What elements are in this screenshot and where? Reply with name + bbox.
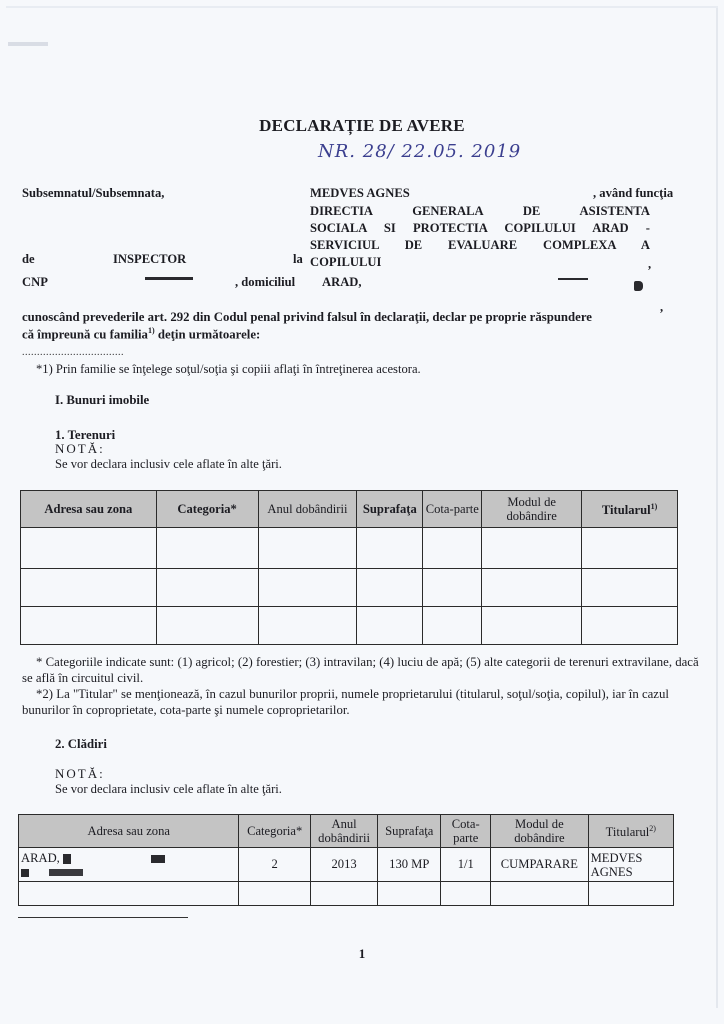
table-cell: CUMPARARE [491, 848, 588, 882]
page-number: 1 [0, 946, 724, 962]
table-cell [423, 528, 482, 569]
land-table: Adresa sau zona Categoria* Anul dobândir… [20, 490, 678, 645]
table-row [21, 569, 678, 607]
table-cell [582, 569, 678, 607]
table-cell [357, 607, 423, 645]
note-label: NOTĂ: [55, 766, 105, 782]
declarant-function: INSPECTOR [113, 252, 186, 267]
table-cell [482, 528, 582, 569]
redaction-mark [558, 278, 588, 280]
statement-line-2: că împreună cu familia1) deţin următoare… [22, 326, 260, 342]
scan-edge [6, 6, 718, 8]
table-cell [582, 528, 678, 569]
institution-line: DIRECTIA GENERALA DE ASISTENTA [310, 203, 650, 220]
column-header: Anul dobândirii [310, 815, 377, 848]
table-row [21, 607, 678, 645]
scan-artifact [8, 42, 48, 46]
column-header: Categoria* [239, 815, 310, 848]
address-text: ARAD, [21, 851, 63, 865]
table-cell [156, 528, 258, 569]
buildings-table: Adresa sau zona Categoria* Anul dobândir… [18, 814, 674, 906]
footnote-ref: 1) [651, 502, 658, 511]
subsection-heading-buildings: 2. Clădiri [55, 737, 107, 752]
table-cell [357, 528, 423, 569]
table-row [21, 528, 678, 569]
footnote-ref: 2) [649, 824, 656, 833]
table-cell: MEDVES AGNES [588, 848, 673, 882]
redaction-mark [21, 869, 29, 877]
column-header: Modul de dobândire [491, 815, 588, 848]
table-cell [239, 882, 310, 906]
institution-line: SOCIALA SI PROTECTIA COPILULUI ARAD - [310, 220, 650, 237]
footnote-separator: .................................. [22, 347, 124, 358]
table-cell [21, 528, 157, 569]
declarant-domicile: ARAD, [322, 275, 362, 290]
institution-line: COPILULUI [310, 254, 650, 271]
table-cell [378, 882, 441, 906]
label-cnp: CNP [22, 275, 48, 290]
column-header: Modul de dobândire [482, 491, 582, 528]
column-header: Anul dobândirii [258, 491, 357, 528]
label-avand-functia: , având funcţia [593, 186, 673, 201]
table-cell [21, 569, 157, 607]
column-header: Suprafaţa [378, 815, 441, 848]
declarant-name: MEDVES AGNES [310, 186, 410, 201]
redaction-mark [49, 869, 83, 876]
statement-line-2-suffix: deţin următoarele: [155, 327, 261, 341]
table-cell [588, 882, 673, 906]
column-header: Adresa sau zona [21, 491, 157, 528]
table-cell [21, 607, 157, 645]
comma: , [648, 257, 651, 272]
column-header: Cota-parte [441, 815, 491, 848]
column-header-label: Titularul [602, 504, 651, 518]
redaction-mark [145, 277, 193, 280]
column-header: Cota-parte [423, 491, 482, 528]
scan-edge [716, 8, 718, 1008]
footnote-titular: *2) La "Titular" se menţionează, în cazu… [22, 686, 704, 718]
document-title: DECLARAȚIE DE AVERE [0, 116, 724, 136]
label-de: de [22, 252, 35, 267]
note-label: NOTĂ: [55, 441, 105, 457]
note-text: Se vor declara inclusiv cele aflate în a… [55, 457, 282, 472]
statement-line-1: cunoscând prevederile art. 292 din Codul… [22, 310, 592, 325]
table-cell [258, 569, 357, 607]
note-text: Se vor declara inclusiv cele aflate în a… [55, 782, 282, 797]
column-header-label: Titularul [606, 826, 650, 840]
table-cell [482, 607, 582, 645]
column-header: Categoria* [156, 491, 258, 528]
registration-number-handwritten: NR. 28/ 22.05. 2019 [318, 141, 521, 162]
redaction-mark [151, 855, 165, 863]
table-cell [423, 569, 482, 607]
redaction-mark [634, 281, 643, 291]
document-page: DECLARAȚIE DE AVERE NR. 28/ 22.05. 2019 … [0, 0, 724, 1024]
table-cell: 2013 [310, 848, 377, 882]
table-row [19, 882, 674, 906]
footnote-ref: 1) [148, 326, 155, 335]
column-header: Adresa sau zona [19, 815, 239, 848]
table-cell [582, 607, 678, 645]
table-cell [482, 569, 582, 607]
institution-line: SERVICIUL DE EVALUARE COMPLEXA A [310, 237, 650, 254]
column-header-titular: Titularul2) [588, 815, 673, 848]
table-cell: 1/1 [441, 848, 491, 882]
footnote-family: *1) Prin familie se înţelege soţul/soţia… [36, 362, 421, 377]
institution: DIRECTIA GENERALA DE ASISTENTA SOCIALA S… [310, 203, 650, 271]
table-cell [258, 607, 357, 645]
table-cell [441, 882, 491, 906]
table-cell [156, 569, 258, 607]
table-cell [491, 882, 588, 906]
label-domiciliul: , domiciliul [235, 275, 295, 290]
footnote-titular-text: *2) La "Titular" se menţionează, în cazu… [22, 687, 669, 717]
label-subsemnatul: Subsemnatul/Subsemnata, [22, 186, 164, 201]
table-cell: 130 MP [378, 848, 441, 882]
table-cell [310, 882, 377, 906]
footnote-categories: * Categoriile indicate sunt: (1) agricol… [22, 654, 704, 686]
table-cell [156, 607, 258, 645]
table-cell: ARAD, [19, 848, 239, 882]
table-cell [357, 569, 423, 607]
table-cell [258, 528, 357, 569]
label-la: la [293, 252, 303, 267]
footnote-divider [18, 917, 188, 918]
table-cell [423, 607, 482, 645]
section-heading-immovable: I. Bunuri imobile [55, 393, 149, 408]
footnote-categories-text: * Categoriile indicate sunt: (1) agricol… [22, 655, 699, 685]
statement-line-2-prefix: că împreună cu familia [22, 327, 148, 341]
redaction-mark [63, 854, 71, 864]
table-row: ARAD, 22013130 MP1/1CUMPARAREMEDVES AGNE… [19, 848, 674, 882]
column-header-titular: Titularul1) [582, 491, 678, 528]
table-cell: 2 [239, 848, 310, 882]
column-header: Suprafaţa [357, 491, 423, 528]
comma: , [660, 300, 663, 315]
table-cell [19, 882, 239, 906]
